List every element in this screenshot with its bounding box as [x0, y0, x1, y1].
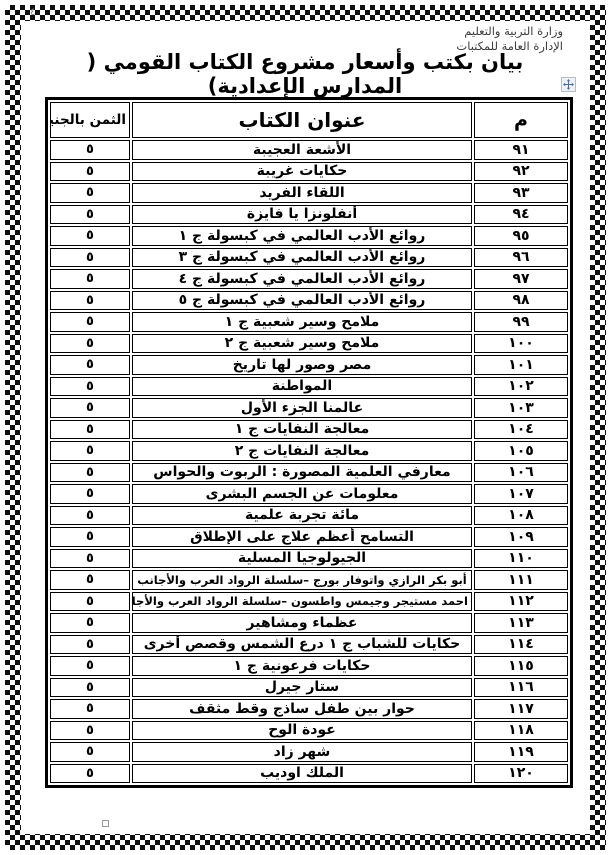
cell-book-title: عالمنا الجزء الأول	[132, 398, 472, 418]
cell-book-title: المواطنة	[132, 377, 472, 397]
table-row: ١٠٣عالمنا الجزء الأول٥	[50, 398, 568, 418]
cell-book-title: الجيولوجيا المسلية	[132, 549, 472, 569]
cell-price: ٥	[50, 506, 130, 526]
cell-price: ٥	[50, 355, 130, 375]
table-row: ٩٥روائع الأدب العالمي في كبسولة ج ١٥	[50, 226, 568, 246]
cell-price: ٥	[50, 398, 130, 418]
cell-serial: ١٠٠	[474, 334, 568, 354]
cell-book-title: معالجة النفايات ج ١	[132, 420, 472, 440]
cell-price: ٥	[50, 205, 130, 225]
table-row: ١١١أبو بكر الرازي واتوفار بورج –سلسلة ال…	[50, 570, 568, 590]
table-row: ٩٣اللقاء الفريد٥	[50, 183, 568, 203]
cell-serial: ١٠٥	[474, 441, 568, 461]
cell-book-title: أبو بكر الرازي واتوفار بورج –سلسلة الروا…	[132, 570, 472, 590]
header-serial: م	[474, 102, 568, 138]
cell-serial: ١٠٧	[474, 484, 568, 504]
table-row: ٩٤أنفلونزا يا فايزة٥	[50, 205, 568, 225]
cell-price: ٥	[50, 656, 130, 676]
cell-serial: ١١٦	[474, 678, 568, 698]
cell-serial: ٩٨	[474, 291, 568, 311]
cell-price: ٥	[50, 463, 130, 483]
cell-serial: ١١٥	[474, 656, 568, 676]
cell-book-title: حكايات غريبة	[132, 162, 472, 182]
cell-book-title: مصر وصور لها تاريخ	[132, 355, 472, 375]
cell-price: ٥	[50, 721, 130, 741]
header-book-title: عنوان الكتاب	[132, 102, 472, 138]
cell-price: ٥	[50, 764, 130, 784]
cell-book-title: معلومات عن الجسم البشرى	[132, 484, 472, 504]
table-row: ١١٥حكايات فرعونية ج ١٥	[50, 656, 568, 676]
table-row: ١١٠الجيولوجيا المسلية٥	[50, 549, 568, 569]
cell-book-title: معالجة النفايات ج ٢	[132, 441, 472, 461]
cell-book-title: أنفلونزا يا فايزة	[132, 205, 472, 225]
four-way-arrow-icon	[563, 79, 574, 90]
cell-price: ٥	[50, 248, 130, 268]
cell-price: ٥	[50, 420, 130, 440]
table-row: ١٠٠ملامح وسير شعبية ج ٢٥	[50, 334, 568, 354]
table-move-handle-icon[interactable]	[561, 77, 576, 92]
cell-price: ٥	[50, 226, 130, 246]
cell-serial: ٩٣	[474, 183, 568, 203]
cell-book-title: معارفي العلمية المصورة : الربوت والحواس	[132, 463, 472, 483]
table-row: ١٠٦معارفي العلمية المصورة : الربوت والحو…	[50, 463, 568, 483]
table-row: ١٠٢المواطنة٥	[50, 377, 568, 397]
table-row: ٩٨روائع الأدب العالمي في كبسولة ج ٥٥	[50, 291, 568, 311]
cell-book-title: روائع الأدب العالمي في كبسولة ج ١	[132, 226, 472, 246]
cell-serial: ١١٩	[474, 742, 568, 762]
cell-price: ٥	[50, 140, 130, 160]
cell-book-title: روائع الأدب العالمي في كبسولة ج ٤	[132, 269, 472, 289]
cell-price: ٥	[50, 484, 130, 504]
table-row: ٩٩ملامح وسير شعبية ج ١٥	[50, 312, 568, 332]
cell-serial: ١٠٨	[474, 506, 568, 526]
cell-price: ٥	[50, 527, 130, 547]
cell-serial: ٩٩	[474, 312, 568, 332]
cell-book-title: احمد مستيجر وجيمس واطسون –سلسلة الرواد ا…	[132, 592, 472, 612]
cell-book-title: الأشعة العجيبة	[132, 140, 472, 160]
cell-serial: ١١٣	[474, 613, 568, 633]
cell-book-title: حكايات فرعونية ج ١	[132, 656, 472, 676]
cell-serial: ١٠٦	[474, 463, 568, 483]
cell-serial: ١١٢	[474, 592, 568, 612]
table-row: ١١٢احمد مستيجر وجيمس واطسون –سلسلة الروا…	[50, 592, 568, 612]
cell-serial: ٩٧	[474, 269, 568, 289]
table-header-row: م عنوان الكتاب الثمن بالجنيه	[50, 102, 568, 138]
cell-serial: ١١٤	[474, 635, 568, 655]
table-row: ١٠٧معلومات عن الجسم البشرى٥	[50, 484, 568, 504]
book-price-table: م عنوان الكتاب الثمن بالجنيه ٩١الأشعة ال…	[45, 97, 573, 788]
document-title: بيان بكتب وأسعار مشروع الكتاب القومي ( ا…	[45, 50, 565, 98]
cell-serial: ١٠٣	[474, 398, 568, 418]
cell-book-title: حوار بين طفل ساذج وقط مثقف	[132, 699, 472, 719]
cell-book-title: عودة الوح	[132, 721, 472, 741]
cell-book-title: حكايات للشباب ج ١ درع الشمس وقصص أخرى	[132, 635, 472, 655]
cell-book-title: روائع الأدب العالمي في كبسولة ج ٣	[132, 248, 472, 268]
table-row: ١٠٩التسامح أعظم علاج على الإطلاق٥	[50, 527, 568, 547]
table-row: ١١٨عودة الوح٥	[50, 721, 568, 741]
cell-price: ٥	[50, 291, 130, 311]
cell-book-title: روائع الأدب العالمي في كبسولة ج ٥	[132, 291, 472, 311]
cell-book-title: عظماء ومشاهير	[132, 613, 472, 633]
table-row: ١١٣عظماء ومشاهير٥	[50, 613, 568, 633]
cell-serial: ١١١	[474, 570, 568, 590]
header-price: الثمن بالجنيه	[50, 102, 130, 138]
table-row: ١٠٨مائة تجربة علمية٥	[50, 506, 568, 526]
cell-price: ٥	[50, 635, 130, 655]
cell-price: ٥	[50, 678, 130, 698]
cell-book-title: التسامح أعظم علاج على الإطلاق	[132, 527, 472, 547]
cell-price: ٥	[50, 613, 130, 633]
cell-book-title: ملامح وسير شعبية ج ١	[132, 312, 472, 332]
table-row: ٩١الأشعة العجيبة٥	[50, 140, 568, 160]
table-row: ١١٤حكايات للشباب ج ١ درع الشمس وقصص أخرى…	[50, 635, 568, 655]
cell-price: ٥	[50, 334, 130, 354]
cell-serial: ٩٦	[474, 248, 568, 268]
table-row: ١١٩شهر زاد٥	[50, 742, 568, 762]
cell-book-title: ملامح وسير شعبية ج ٢	[132, 334, 472, 354]
cell-price: ٥	[50, 162, 130, 182]
cell-serial: ١٠٢	[474, 377, 568, 397]
cell-serial: ١٠٤	[474, 420, 568, 440]
cell-serial: ١١٧	[474, 699, 568, 719]
cell-serial: ١٠١	[474, 355, 568, 375]
cell-price: ٥	[50, 269, 130, 289]
cell-price: ٥	[50, 570, 130, 590]
cell-book-title: ستار جيرل	[132, 678, 472, 698]
cell-price: ٥	[50, 377, 130, 397]
document-page: ٤ وزارة التربية والتعليم الإدارة العامة …	[0, 0, 611, 855]
cell-serial: ١١٠	[474, 549, 568, 569]
cell-book-title: مائة تجربة علمية	[132, 506, 472, 526]
cell-serial: ٩٤	[474, 205, 568, 225]
cell-serial: ١٢٠	[474, 764, 568, 784]
cell-price: ٥	[50, 699, 130, 719]
table-row: ١١٧حوار بين طفل ساذج وقط مثقف٥	[50, 699, 568, 719]
cell-price: ٥	[50, 592, 130, 612]
table-row: ١٠١مصر وصور لها تاريخ٥	[50, 355, 568, 375]
cell-serial: ١١٨	[474, 721, 568, 741]
table-row: ١٢٠الملك اوديب٥	[50, 764, 568, 784]
table-row: ٩٧روائع الأدب العالمي في كبسولة ج ٤٥	[50, 269, 568, 289]
cell-price: ٥	[50, 312, 130, 332]
cell-serial: ٩٢	[474, 162, 568, 182]
cell-serial: ٩٥	[474, 226, 568, 246]
cell-price: ٥	[50, 441, 130, 461]
cell-price: ٥	[50, 549, 130, 569]
cell-price: ٥	[50, 742, 130, 762]
cell-serial: ٩١	[474, 140, 568, 160]
table-row: ٩٢حكايات غريبة٥	[50, 162, 568, 182]
table-row: ١٠٤معالجة النفايات ج ١٥	[50, 420, 568, 440]
page-corner-mark: ٤	[30, 7, 35, 18]
table-row: ١١٦ستار جيرل٥	[50, 678, 568, 698]
cell-book-title: الملك اوديب	[132, 764, 472, 784]
cell-book-title: شهر زاد	[132, 742, 472, 762]
cell-book-title: اللقاء الفريد	[132, 183, 472, 203]
table-row: ٩٦روائع الأدب العالمي في كبسولة ج ٣٥	[50, 248, 568, 268]
table-resize-handle[interactable]	[102, 820, 109, 827]
letterhead-line-ministry: وزارة التربية والتعليم	[456, 24, 563, 39]
table-row: ١٠٥معالجة النفايات ج ٢٥	[50, 441, 568, 461]
cell-price: ٥	[50, 183, 130, 203]
cell-serial: ١٠٩	[474, 527, 568, 547]
